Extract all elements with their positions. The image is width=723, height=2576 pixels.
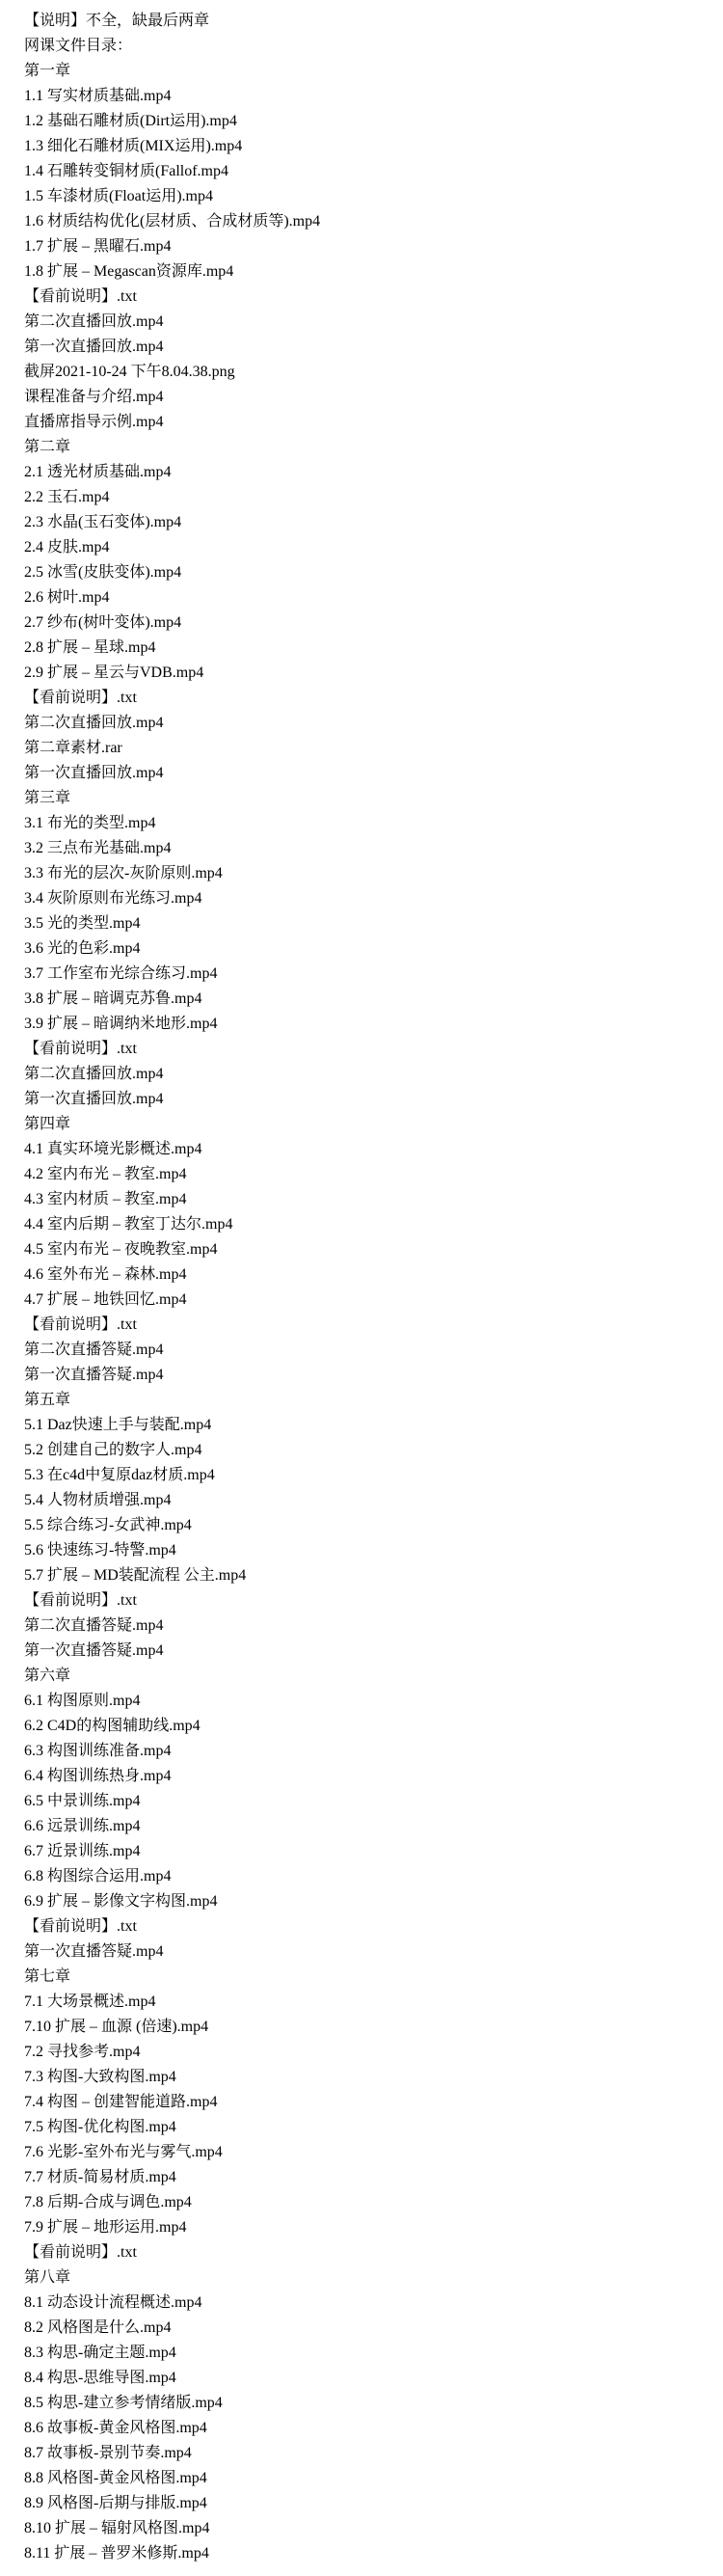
file-list-line: 7.2 寻找参考.mp4 (24, 2040, 713, 2065)
file-list-line: 【看前说明】.txt (24, 1313, 713, 1338)
file-list-line: 第五章 (24, 1388, 713, 1413)
file-list-line: 【看前说明】.txt (24, 285, 713, 310)
file-list-line: 4.1 真实环境光影概述.mp4 (24, 1137, 713, 1162)
file-list-line: 第八章 (24, 2265, 713, 2291)
file-list-line: 4.7 扩展 – 地铁回忆.mp4 (24, 1288, 713, 1313)
file-list-line: 第二次直播回放.mp4 (24, 1062, 713, 1087)
file-list-line: 4.2 室内布光 – 教室.mp4 (24, 1162, 713, 1187)
file-list-line: 第一次直播答疑.mp4 (24, 1939, 713, 1965)
file-list-line: 【看前说明】.txt (24, 1588, 713, 1613)
file-list-line: 3.2 三点布光基础.mp4 (24, 836, 713, 861)
file-list-line: 6.5 中景训练.mp4 (24, 1789, 713, 1814)
file-list-line: 6.2 C4D的构图辅助线.mp4 (24, 1714, 713, 1739)
file-list-line: 6.3 构图训练准备.mp4 (24, 1739, 713, 1764)
file-list-line: 第二章素材.rar (24, 736, 713, 761)
file-list-line: 6.7 近景训练.mp4 (24, 1839, 713, 1864)
file-list-line: 7.1 大场景概述.mp4 (24, 1990, 713, 2015)
file-list-line: 5.4 人物材质增强.mp4 (24, 1488, 713, 1513)
file-list-line: 第三章 (24, 786, 713, 811)
file-list-line: 第二次直播答疑.mp4 (24, 1338, 713, 1363)
file-list-line: 5.1 Daz快速上手与装配.mp4 (24, 1413, 713, 1438)
file-list-line: 第一次直播回放.mp4 (24, 761, 713, 786)
file-list-line: 1.6 材质结构优化(层材质、合成材质等).mp4 (24, 209, 713, 234)
file-list-line: 第二次直播回放.mp4 (24, 711, 713, 736)
file-list-line: 2.3 水晶(玉石变体).mp4 (24, 510, 713, 535)
file-list-line: 4.3 室内材质 – 教室.mp4 (24, 1187, 713, 1212)
file-list-line: 2.4 皮肤.mp4 (24, 535, 713, 560)
file-list-line: 【看前说明】.txt (24, 1037, 713, 1062)
file-list-line: 8.8 风格图-黄金风格图.mp4 (24, 2466, 713, 2491)
file-list-line: 1.8 扩展 – Megascan资源库.mp4 (24, 259, 713, 285)
file-list-line: 8.9 风格图-后期与排版.mp4 (24, 2491, 713, 2516)
file-list-line: 2.1 透光材质基础.mp4 (24, 460, 713, 485)
file-list-line: 【看前说明】.txt (24, 1914, 713, 1939)
file-list-line: 7.5 构图-优化构图.mp4 (24, 2115, 713, 2140)
file-list-line: 2.2 玉石.mp4 (24, 485, 713, 510)
file-list-line: 8.4 构思-思维导图.mp4 (24, 2366, 713, 2391)
file-list-line: 3.4 灰阶原则布光练习.mp4 (24, 886, 713, 911)
file-list-line: 截屏2021-10-24 下午8.04.38.png (24, 360, 713, 385)
file-list-line: 第一次直播回放.mp4 (24, 335, 713, 360)
file-list-line: 7.8 后期-合成与调色.mp4 (24, 2190, 713, 2215)
file-list-line: 第一章 (24, 59, 713, 84)
file-list-line: 3.9 扩展 – 暗调纳米地形.mp4 (24, 1012, 713, 1037)
file-list-line: 第六章 (24, 1664, 713, 1689)
file-list-line: 8.11 扩展 – 普罗米修斯.mp4 (24, 2541, 713, 2566)
file-list-line: 7.7 材质-简易材质.mp4 (24, 2165, 713, 2190)
file-list-line: 3.3 布光的层次-灰阶原则.mp4 (24, 861, 713, 886)
file-list-line: 8.7 故事板-景别节奏.mp4 (24, 2441, 713, 2466)
file-list-line: 6.1 构图原则.mp4 (24, 1689, 713, 1714)
file-list-line: 6.6 远景训练.mp4 (24, 1814, 713, 1839)
file-list-line: 第二次直播答疑.mp4 (24, 1613, 713, 1639)
file-list-line: 第七章 (24, 1965, 713, 1990)
file-list-line: 【说明】不全，缺最后两章 (24, 9, 713, 34)
file-list-line: 4.5 室内布光 – 夜晚教室.mp4 (24, 1237, 713, 1262)
file-list-line: 4.4 室内后期 – 教室丁达尔.mp4 (24, 1212, 713, 1237)
file-list-line: 7.4 构图 – 创建智能道路.mp4 (24, 2090, 713, 2115)
file-list-line: 1.2 基础石雕材质(Dirt运用).mp4 (24, 109, 713, 134)
file-list-line: 2.6 树叶.mp4 (24, 585, 713, 610)
file-list-line: 1.3 细化石雕材质(MIX运用).mp4 (24, 134, 713, 159)
file-list-line: 3.1 布光的类型.mp4 (24, 811, 713, 836)
course-file-directory-document: 【说明】不全，缺最后两章网课文件目录：第一章1.1 写实材质基础.mp41.2 … (0, 0, 723, 2576)
file-list-line: 第四章 (24, 1112, 713, 1137)
file-list-line: 5.5 综合练习-女武神.mp4 (24, 1513, 713, 1538)
file-list-line: 3.5 光的类型.mp4 (24, 911, 713, 936)
file-list-line: 5.2 创建自己的数字人.mp4 (24, 1438, 713, 1463)
file-list-line: 8.3 构思-确定主题.mp4 (24, 2341, 713, 2366)
file-list-line: 5.7 扩展 – MD装配流程 公主.mp4 (24, 1563, 713, 1588)
file-list-line: 网课文件目录： (24, 34, 713, 59)
file-list-line: 6.9 扩展 – 影像文字构图.mp4 (24, 1889, 713, 1914)
file-list-line: 第二次直播回放.mp4 (24, 310, 713, 335)
file-list-line: 6.4 构图训练热身.mp4 (24, 1764, 713, 1789)
file-list-line: 6.8 构图综合运用.mp4 (24, 1864, 713, 1889)
file-list-line: 1.4 石雕转变铜材质(Fallof.mp4 (24, 159, 713, 184)
file-list-line: 8.5 构思-建立参考情绪版.mp4 (24, 2391, 713, 2416)
file-list-line: 第一次直播答疑.mp4 (24, 1363, 713, 1388)
file-list-line: 5.3 在c4d中复原daz材质.mp4 (24, 1463, 713, 1488)
file-list-line: 直播席指导示例.mp4 (24, 410, 713, 435)
file-list-line: 8.2 风格图是什么.mp4 (24, 2316, 713, 2341)
file-list-line: 2.9 扩展 – 星云与VDB.mp4 (24, 661, 713, 686)
file-list-line: 1.1 写实材质基础.mp4 (24, 84, 713, 109)
file-list-line: 7.6 光影-室外布光与雾气.mp4 (24, 2140, 713, 2165)
file-list-line: 7.3 构图-大致构图.mp4 (24, 2065, 713, 2090)
file-list-line: 1.7 扩展 – 黑曜石.mp4 (24, 234, 713, 259)
file-list-line: 7.9 扩展 – 地形运用.mp4 (24, 2215, 713, 2240)
file-list-line: 7.10 扩展 – 血源 (倍速).mp4 (24, 2015, 713, 2040)
file-list-line: 2.8 扩展 – 星球.mp4 (24, 636, 713, 661)
file-list-line: 3.8 扩展 – 暗调克苏鲁.mp4 (24, 987, 713, 1012)
file-list-line: 第一次直播回放.mp4 (24, 1087, 713, 1112)
file-list-line: 第二章 (24, 435, 713, 460)
file-list-line: 8.1 动态设计流程概述.mp4 (24, 2291, 713, 2316)
file-list-line: 4.6 室外布光 – 森林.mp4 (24, 1262, 713, 1288)
file-list-line: 课程准备与介绍.mp4 (24, 385, 713, 410)
file-list-line: 第一次直播答疑.mp4 (24, 1639, 713, 1664)
file-list-line: 2.7 纱布(树叶变体).mp4 (24, 610, 713, 636)
file-list-line: 【看前说明】.txt (24, 2240, 713, 2265)
file-list-line: 3.7 工作室布光综合练习.mp4 (24, 962, 713, 987)
file-list-line: 3.6 光的色彩.mp4 (24, 936, 713, 962)
file-list-line: 1.5 车漆材质(Float运用).mp4 (24, 184, 713, 209)
file-list-line: 8.6 故事板-黄金风格图.mp4 (24, 2416, 713, 2441)
file-list-line: 【看前说明】.txt (24, 686, 713, 711)
file-list-line: 8.10 扩展 – 辐射风格图.mp4 (24, 2516, 713, 2541)
file-list-line: 5.6 快速练习-特警.mp4 (24, 1538, 713, 1563)
file-list-line: 2.5 冰雪(皮肤变体).mp4 (24, 560, 713, 585)
